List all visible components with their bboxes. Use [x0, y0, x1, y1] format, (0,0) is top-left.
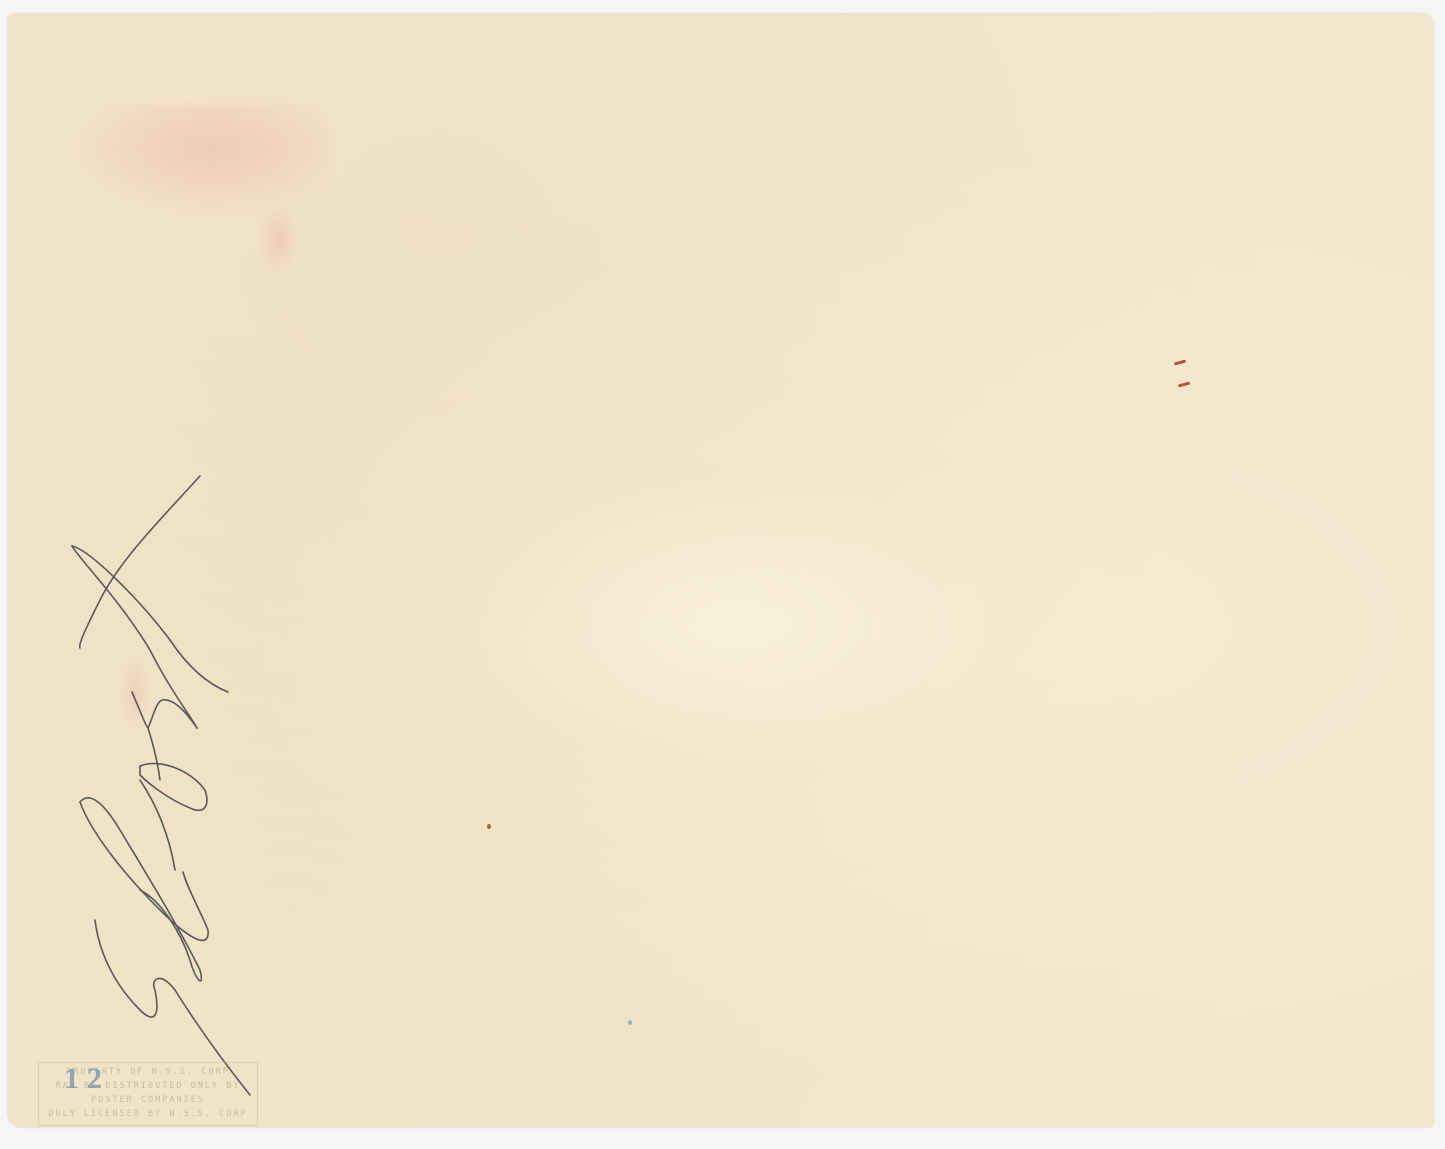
- red-ink-bleed: [68, 104, 328, 214]
- stain-speck: [487, 824, 491, 829]
- red-mark: [1178, 381, 1190, 387]
- stain-speck: [628, 1020, 632, 1025]
- stamp-line: POSTER COMPANIES: [39, 1093, 257, 1107]
- scan-background: PROPERTY OF N.S.S. CORP MAY BE DISTRIBUT…: [0, 0, 1445, 1149]
- red-mark: [1174, 359, 1186, 365]
- stamp-line: DULY LICENSED BY N.S.S. CORP: [39, 1107, 257, 1121]
- show-through-ghosting: [453, 474, 1013, 774]
- red-ink-bleed: [258, 204, 298, 274]
- pencil-signature-icon: [60, 470, 280, 1100]
- card-number: 12: [64, 1064, 110, 1094]
